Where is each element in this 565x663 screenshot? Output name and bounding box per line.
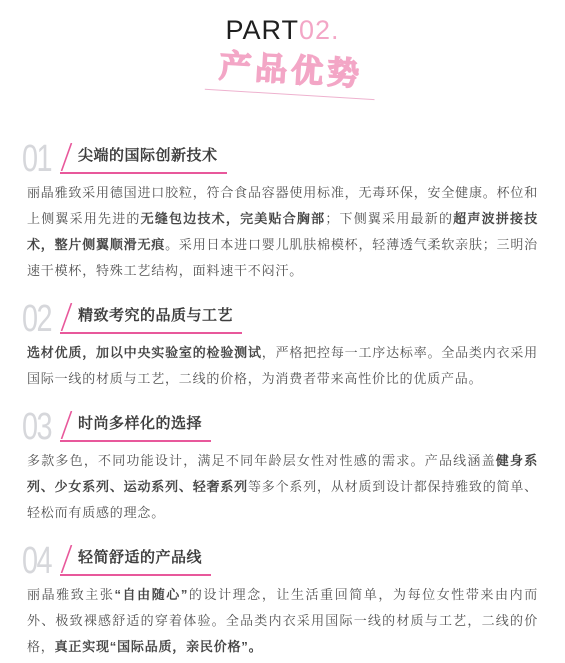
body-run: 丽晶雅致主张 [27, 587, 114, 602]
section-title-group: 轻简舒适的产品线 [60, 545, 211, 576]
page-title-prefix: PART [225, 15, 299, 45]
section-body: 丽晶雅致主张“自由随心”的设计理念，让生活重回简单，为每位女性带来由内而外、极致… [27, 582, 538, 660]
section-title-group: 精致考究的品质与工艺 [60, 303, 242, 334]
section-heading: 尖端的国际创新技术 [78, 146, 218, 166]
slash-icon [60, 303, 73, 331]
section-heading: 轻简舒适的产品线 [78, 548, 202, 568]
section-title-group: 尖端的国际创新技术 [60, 143, 227, 174]
section-body: 选材优质，加以中央实验室的检验测试，严格把控每一工序达标率。全品类内衣采用国际一… [27, 340, 538, 392]
section-02-header: 02 精致考究的品质与工艺 [27, 300, 538, 334]
page-title: PART02. [0, 14, 565, 46]
section-heading: 精致考究的品质与工艺 [78, 306, 233, 326]
slash-icon [60, 411, 73, 439]
body-run-bold: 真正实现“国际品质，亲民价格”。 [55, 639, 263, 654]
section-04: 04 轻简舒适的产品线 丽晶雅致主张“自由随心”的设计理念，让生活重回简单，为每… [27, 542, 538, 660]
section-heading: 时尚多样化的选择 [78, 414, 202, 434]
section-01-header: 01 尖端的国际创新技术 [27, 140, 538, 174]
section-title-group: 时尚多样化的选择 [60, 411, 211, 442]
section-number: 03 [22, 412, 62, 442]
section-01: 01 尖端的国际创新技术 丽晶雅致采用德国进口胶粒，符合食品容器使用标准，无毒环… [27, 140, 538, 284]
subtitle-underline: 产品优势 [205, 45, 377, 100]
section-04-header: 04 轻简舒适的产品线 [27, 542, 538, 576]
sections-list: 01 尖端的国际创新技术 丽晶雅致采用德国进口胶粒，符合食品容器使用标准，无毒环… [0, 140, 565, 660]
section-03-header: 03 时尚多样化的选择 [27, 408, 538, 442]
section-02: 02 精致考究的品质与工艺 选材优质，加以中央实验室的检验测试，严格把控每一工序… [27, 300, 538, 392]
slash-icon [60, 545, 73, 573]
body-run: 多款多色，不同功能设计，满足不同年龄层女性对性感的需求。产品线涵盖 [27, 453, 496, 468]
section-number: 04 [22, 546, 62, 576]
page: PART02. 产品优势 01 尖端的国际创新技术 丽晶雅致采用德国进口胶粒，符… [0, 0, 565, 663]
body-run: ；下侧翼采用最新的 [325, 211, 453, 226]
slash-icon [60, 143, 73, 171]
title-block: PART02. 产品优势 [0, 0, 565, 95]
body-run-bold: 无缝包边技术，完美贴合胸部 [141, 211, 326, 226]
section-03: 03 时尚多样化的选择 多款多色，不同功能设计，满足不同年龄层女性对性感的需求。… [27, 408, 538, 526]
section-body: 丽晶雅致采用德国进口胶粒，符合食品容器使用标准，无毒环保，安全健康。杯位和上侧翼… [27, 180, 538, 284]
page-title-number: 02. [299, 15, 340, 45]
body-run-bold: “自由随心” [114, 587, 188, 602]
page-subtitle: 产品优势 [218, 46, 364, 95]
body-run-bold: 选材优质，加以中央实验室的检验测试 [27, 345, 262, 360]
section-body: 多款多色，不同功能设计，满足不同年龄层女性对性感的需求。产品线涵盖健身系列、少女… [27, 448, 538, 526]
section-number: 02 [22, 304, 62, 334]
section-number: 01 [22, 144, 62, 174]
